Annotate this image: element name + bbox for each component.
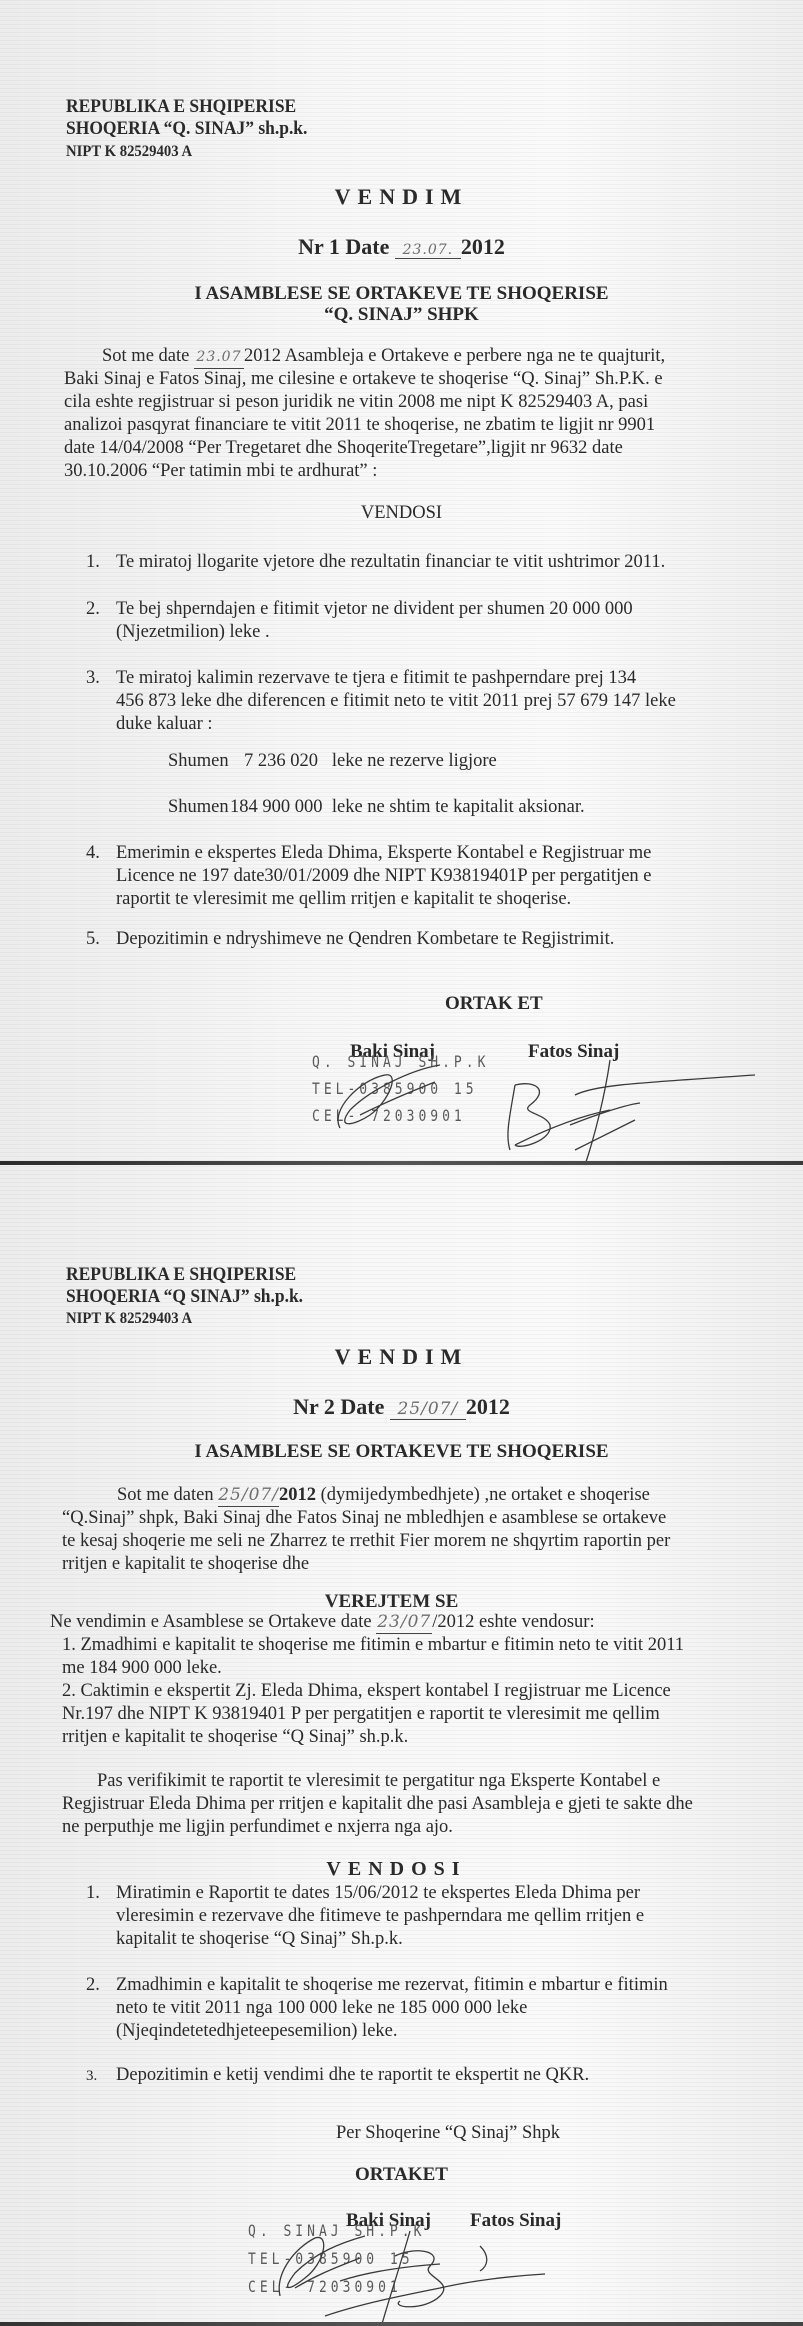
decision-number: Nr 2 Date 25/07/2012 bbox=[0, 1394, 803, 1420]
intro-line-3: te kesaj shoqerie me seli ne Zharrez te … bbox=[62, 1530, 670, 1552]
item-text: Miratimin e Raportit te dates 15/06/2012… bbox=[116, 1882, 640, 1904]
item-text: Zmadhimin e kapitalit te shoqerise me re… bbox=[116, 1974, 668, 1996]
verification-line-1: Pas verifikimit te raportit te vleresimi… bbox=[97, 1770, 660, 1792]
intro-lead: Sot me daten bbox=[117, 1485, 214, 1505]
decision-number-prefix: Nr 1 Date bbox=[298, 234, 389, 259]
handwritten-date: 23.07. bbox=[395, 242, 461, 259]
intro-line-2: “Q.Sinaj” shpk, Baki Sinaj dhe Fatos Sin… bbox=[62, 1507, 666, 1529]
item-number: 3. bbox=[86, 2065, 116, 2087]
decision-item-2-line-2: (Njezetmilion) leke . bbox=[116, 621, 270, 643]
decision-number: Nr 1 Date 23.07.2012 bbox=[0, 234, 803, 260]
allocation-description: leke ne shtim te kapitalit aksionar. bbox=[332, 797, 585, 817]
subtitle-line-1: I ASAMBLESE SE ORTAKEVE TE SHOQERISE bbox=[0, 283, 803, 305]
item-number: 1. bbox=[86, 551, 116, 573]
signatures-heading: ORTAKET bbox=[0, 2164, 803, 2186]
handwritten-date: 25/07/ bbox=[390, 1399, 466, 1420]
observation-lead-rest: /2012 eshte vendosur: bbox=[432, 1612, 594, 1632]
decision-item-2-line-2: neto te vitit 2011 nga 100 000 leke ne 1… bbox=[116, 1997, 527, 2019]
decision-item-3: 3.Te miratoj kalimin rezervave te tjera … bbox=[86, 667, 636, 689]
intro-line-3: cila eshte regjistruar si peson juridik … bbox=[64, 391, 648, 413]
observation-lead: Ne vendimin e Asamblese se Ortakeve date… bbox=[50, 1611, 595, 1634]
item-text: Depozitimin e ndryshimeve ne Qendren Kom… bbox=[116, 928, 614, 950]
observation-point: Nr.197 dhe NIPT K 93819401 P per pergati… bbox=[62, 1703, 660, 1725]
allocation-description: leke ne rezerve ligjore bbox=[332, 751, 497, 771]
item-number: 2. bbox=[86, 598, 116, 620]
allocation-label: Shumen bbox=[168, 750, 230, 772]
header-republic: REPUBLIKA E SHQIPERISE bbox=[66, 96, 296, 118]
subtitle-line-2: “Q. SINAJ” SHPK bbox=[0, 304, 803, 326]
intro-line-2: Baki Sinaj e Fatos Sinaj, me cilesine e … bbox=[64, 368, 663, 390]
handwritten-date: 25/07/ bbox=[218, 1484, 279, 1507]
intro-line-1-rest: 2012 Asambleja e Ortakeve e perbere nga … bbox=[244, 346, 665, 366]
decision-item-1: 1.Te miratoj llogarite vjetore dhe rezul… bbox=[86, 551, 665, 573]
observation-point: me 184 900 000 leke. bbox=[62, 1657, 222, 1679]
item-text: Emerimin e ekspertes Eleda Dhima, Eksper… bbox=[116, 842, 651, 864]
header-company: SHOQERIA “Q SINAJ” sh.p.k. bbox=[66, 1286, 303, 1308]
verification-line-2: Regjistruar Eleda Dhima per rritjen e ka… bbox=[62, 1793, 693, 1815]
signature-fatos-icon bbox=[320, 2226, 560, 2326]
closing-line: Per Shoqerine “Q Sinaj” Shpk bbox=[336, 2122, 560, 2144]
page-divider bbox=[0, 1161, 803, 1165]
item-text: Te miratoj kalimin rezervave te tjera e … bbox=[116, 667, 636, 689]
decision-item-1: 1.Miratimin e Raportit te dates 15/06/20… bbox=[86, 1882, 640, 1904]
observation-point: rritjen e kapitalit te shoqerise “Q Sina… bbox=[62, 1726, 408, 1748]
handwritten-date: 23.07 bbox=[194, 346, 244, 369]
item-text: Depozitimin e ketij vendimi dhe te rapor… bbox=[116, 2064, 589, 2086]
intro-year: 2012 bbox=[279, 1485, 316, 1505]
decision-item-3-line-2: 456 873 leke dhe diferencen e fitimit ne… bbox=[116, 690, 676, 712]
decision-item-2-line-3: (Njeqindetetedhjeteepesemilion) leke. bbox=[116, 2020, 398, 2042]
intro-line-5: date 14/04/2008 “Per Tregetaret dhe Shoq… bbox=[64, 437, 623, 459]
header-nipt: NIPT K 82529403 A bbox=[66, 1308, 192, 1330]
page-bottom-edge bbox=[0, 2322, 803, 2326]
signature-baki-icon bbox=[330, 1060, 450, 1140]
decision-item-2: 2. Zmadhimin e kapitalit te shoqerise me… bbox=[86, 1974, 668, 1996]
decision-item-3-line-3: duke kaluar : bbox=[116, 713, 213, 735]
subtitle-line-1: I ASAMBLESE SE ORTAKEVE TE SHOQERISE bbox=[0, 1441, 803, 1463]
item-number: 2. bbox=[86, 1974, 116, 1996]
document-title: VENDIM bbox=[0, 184, 803, 210]
document-title: VENDIM bbox=[0, 1344, 803, 1370]
intro-line-1-rest: (dymijedymbedhjete) ,ne ortaket e shoqer… bbox=[316, 1485, 650, 1505]
observation-lead-text: Ne vendimin e Asamblese se Ortakeve date bbox=[50, 1612, 372, 1632]
page-1-background bbox=[0, 0, 803, 1162]
intro-line-4: analizoi pasqyrat financiare te vitit 20… bbox=[64, 414, 655, 436]
intro-lead: Sot me date bbox=[102, 346, 189, 366]
decision-item-3: 3.Depozitimin e ketij vendimi dhe te rap… bbox=[86, 2064, 589, 2087]
allocation-label: Shumen bbox=[168, 796, 230, 818]
item-text: Te miratoj llogarite vjetore dhe rezulta… bbox=[116, 551, 665, 573]
decision-item-5: 5.Depozitimin e ndryshimeve ne Qendren K… bbox=[86, 928, 614, 950]
item-number: 3. bbox=[86, 667, 116, 689]
signature-fatos-icon bbox=[475, 1055, 775, 1175]
observation-heading: VEREJTEM SE bbox=[0, 1591, 793, 1613]
item-number: 1. bbox=[86, 1882, 116, 1904]
decision-number-prefix: Nr 2 Date bbox=[293, 1394, 384, 1419]
allocation-amount: 184 900 000 bbox=[230, 796, 318, 818]
verification-line-3: ne perputhje me ligjin perfundimet e nxj… bbox=[62, 1816, 453, 1838]
decision-year: 2012 bbox=[466, 1394, 510, 1419]
header-company: SHOQERIA “Q. SINAJ” sh.p.k. bbox=[66, 118, 307, 140]
decision-item-4: 4.Emerimin e ekspertes Eleda Dhima, Eksp… bbox=[86, 842, 651, 864]
decision-item-2: 2.Te bej shperndajen e fitimit vjetor ne… bbox=[86, 598, 633, 620]
section-heading-vendosi: VENDOSI bbox=[0, 503, 803, 524]
intro-line-4: rritjen e kapitalit te shoqerise dhe bbox=[62, 1553, 309, 1575]
intro-line-1: Sot me date 23.072012 Asambleja e Ortake… bbox=[102, 345, 665, 369]
signatures-heading: ORTAK ET bbox=[445, 993, 543, 1015]
decision-item-4-line-3: raportit te vleresimit me qellim rritjen… bbox=[116, 888, 571, 910]
observation-point: 2. Caktimin e ekspertit Zj. Eleda Dhima,… bbox=[62, 1680, 671, 1702]
decision-item-1-line-3: kapitalit te shoqerise “Q Sinaj” Sh.p.k. bbox=[116, 1928, 403, 1950]
section-heading-vendosi: VENDOSI bbox=[0, 1858, 798, 1881]
handwritten-date: 23/07 bbox=[376, 1611, 432, 1634]
item-number: 4. bbox=[86, 842, 116, 864]
item-number: 5. bbox=[86, 928, 116, 950]
intro-line-6: 30.10.2006 “Per tatimin mbi te ardhurat”… bbox=[64, 460, 377, 482]
decision-item-1-line-2: vleresimin e rezervave dhe fitimeve te p… bbox=[116, 1905, 644, 1927]
decision-item-4-line-2: Licence ne 197 date30/01/2009 dhe NIPT K… bbox=[116, 865, 652, 887]
intro-line-1: Sot me daten 25/07/2012 (dymijedymbedhje… bbox=[117, 1484, 650, 1507]
allocation-row: Shumen7 236 020 leke ne rezerve ligjore bbox=[168, 750, 497, 772]
allocation-row: Shumen184 900 000 leke ne shtim te kapit… bbox=[168, 796, 585, 818]
allocation-amount: 7 236 020 bbox=[230, 750, 318, 772]
observation-point: 1. Zmadhimi e kapitalit te shoqerise me … bbox=[62, 1634, 684, 1656]
header-nipt: NIPT K 82529403 A bbox=[66, 141, 192, 163]
header-republic: REPUBLIKA E SHQIPERISE bbox=[66, 1264, 296, 1286]
item-text: Te bej shperndajen e fitimit vjetor ne d… bbox=[116, 598, 633, 620]
decision-year: 2012 bbox=[461, 234, 505, 259]
